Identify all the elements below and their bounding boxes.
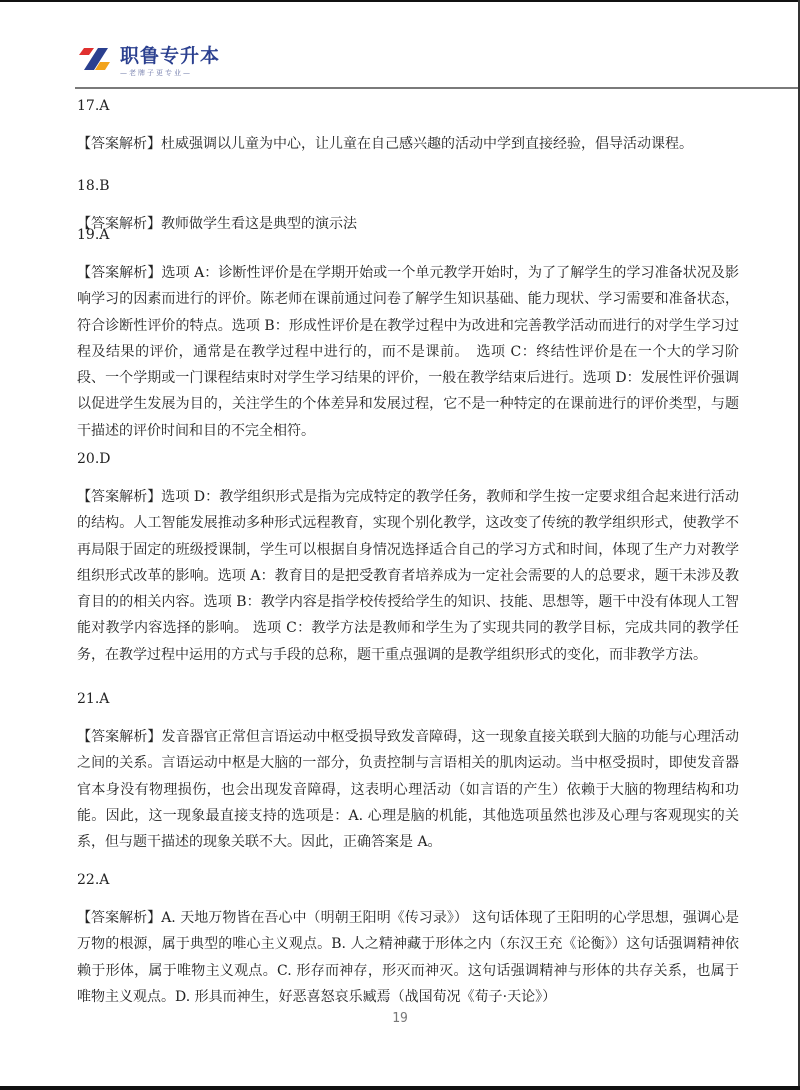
- answer-item-21: 21.A 【答案解析】发音器官正常但言语运动中枢受损导致发音障碍，这一现象直接关…: [77, 689, 739, 855]
- page-header: 职鲁专升本 —老牌子更专业—: [78, 38, 220, 84]
- answer-analysis: 【答案解析】选项 A：诊断性评价是在学期开始或一个单元教学开始时，为了了解学生的…: [77, 260, 739, 444]
- brand-slogan: —老牌子更专业—: [120, 68, 220, 78]
- answer-number: 21.A: [77, 689, 739, 709]
- brand-logo-icon: [78, 45, 112, 77]
- window-top-border: [0, 0, 800, 2]
- answer-item-20: 20.D 【答案解析】选项 D：教学组织形式是指为完成特定的教学任务，教师和学生…: [77, 449, 739, 668]
- answer-number: 20.D: [77, 449, 739, 469]
- answer-number: 22.A: [77, 870, 739, 890]
- brand: 职鲁专升本 —老牌子更专业—: [120, 45, 220, 78]
- answer-analysis: 【答案解析】选项 D：教学组织形式是指为完成特定的教学任务，教师和学生按一定要求…: [77, 484, 739, 668]
- answer-analysis: 【答案解析】发音器官正常但言语运动中枢受损导致发音障碍，这一现象直接关联到大脑的…: [77, 724, 739, 855]
- answer-item-17: 17.A 【答案解析】杜威强调以儿童为中心，让儿童在自己感兴趣的活动中学到直接经…: [77, 96, 693, 157]
- answer-number: 18.B: [77, 176, 357, 196]
- logo-stripes-icon: [78, 45, 112, 77]
- answer-number: 17.A: [77, 96, 693, 116]
- answer-analysis: 【答案解析】A. 天地万物皆在吾心中（明朝王阳明《传习录》） 这句话体现了王阳明…: [77, 905, 739, 1010]
- answer-item-19: 19.A 【答案解析】选项 A：诊断性评价是在学期开始或一个单元教学开始时，为了…: [77, 225, 739, 444]
- answer-item-22: 22.A 【答案解析】A. 天地万物皆在吾心中（明朝王阳明《传习录》） 这句话体…: [77, 870, 739, 1010]
- answer-number: 19.A: [77, 225, 739, 245]
- window-bottom-border: [0, 1086, 800, 1090]
- page-number: 19: [0, 1011, 800, 1026]
- answer-analysis: 【答案解析】杜威强调以儿童为中心，让儿童在自己感兴趣的活动中学到直接经验，倡导活…: [77, 131, 693, 157]
- header-divider: [75, 87, 798, 89]
- brand-name: 职鲁专升本: [120, 45, 220, 67]
